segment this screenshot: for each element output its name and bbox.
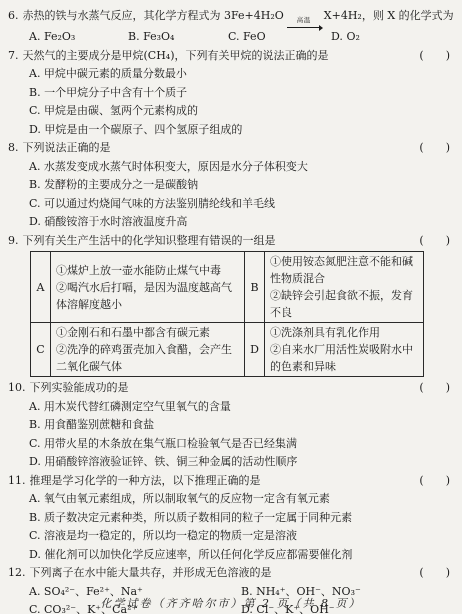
question-6-stem: 6.赤热的铁与水蒸气反应，其化学方程式为 3Fe+4H₂O高温X+4H₂，则 X… [8, 7, 450, 28]
option-d: D. 用硝酸锌溶液验证锌、铁、铜三种金属的活动性顺序 [8, 453, 450, 472]
option-a: A. Fe₂O₃ [29, 28, 128, 47]
table-line: ①洗涤剂具有乳化作用 [270, 324, 418, 341]
question-9: 9.下列有关生产生活中的化学知识整理有错误的一组是 ( ) A ①煤炉上放一壶水… [8, 232, 450, 378]
answer-brackets: ( ) [394, 379, 450, 398]
option-a: A. 氧气由氧元素组成，所以制取氧气的反应物一定含有氧元素 [8, 490, 450, 509]
option-c: C. FeO [228, 28, 331, 47]
question-7-stem: 7.天然气的主要成分是甲烷(CH₄)，下列有关甲烷的说法正确的是 ( ) [8, 47, 450, 66]
answer-brackets: ( ) [394, 472, 450, 491]
option-a: A. 水蒸发变成水蒸气时体积变大，原因是水分子体积变大 [8, 158, 450, 177]
question-number: 7. [8, 49, 19, 62]
table-line: ①使用铵态氮肥注意不能和碱性物质混合 [270, 253, 418, 287]
table-line: ②缺锌会引起食欲不振，发育不良 [270, 287, 418, 321]
reaction-arrow-icon: 高温 [287, 17, 321, 28]
question-6: 6.赤热的铁与水蒸气反应，其化学方程式为 3Fe+4H₂O高温X+4H₂，则 X… [8, 7, 450, 47]
question-12-stem: 12.下列离子在水中能大量共存，并形成无色溶液的是 ( ) [8, 564, 450, 583]
question-number: 8. [8, 141, 19, 154]
option-c: C. 溶液是均一稳定的，所以均一稳定的物质一定是溶液 [8, 527, 450, 546]
table-row: A ①煤炉上放一壶水能防止煤气中毒 ②喝汽水后打嗝，是因为温度越高气体溶解度越小… [31, 252, 424, 323]
knowledge-table: A ①煤炉上放一壶水能防止煤气中毒 ②喝汽水后打嗝，是因为温度越高气体溶解度越小… [30, 251, 424, 377]
question-10: 10.下列实验能成功的是 ( ) A. 用木炭代替红磷测定空气里氧气的含量 B.… [8, 379, 450, 472]
answer-brackets: ( ) [394, 564, 450, 583]
question-stem-text: X+4H₂，则 X 的化学式为 [324, 9, 454, 22]
question-stem-text: 赤热的铁与水蒸气反应，其化学方程式为 3Fe+4H₂O [23, 9, 284, 22]
exam-page: 6.赤热的铁与水蒸气反应，其化学方程式为 3Fe+4H₂O高温X+4H₂，则 X… [0, 0, 462, 614]
question-stem-text: 下列离子在水中能大量共存，并形成无色溶液的是 [30, 566, 272, 579]
question-11: 11.推理是学习化学的一种方法，以下推理正确的是 ( ) A. 氧气由氧元素组成… [8, 472, 450, 565]
question-number: 6. [8, 9, 19, 22]
question-stem-text: 推理是学习化学的一种方法，以下推理正确的是 [30, 474, 261, 487]
question-7: 7.天然气的主要成分是甲烷(CH₄)，下列有关甲烷的说法正确的是 ( ) A. … [8, 47, 450, 140]
option-b: B. 质子数决定元素种类，所以质子数相同的粒子一定属于同种元素 [8, 509, 450, 528]
option-c: C. 甲烷是由碳、氢两个元素构成的 [8, 102, 450, 121]
option-c: C. 可以通过灼烧闻气味的方法鉴别腈纶线和羊毛线 [8, 195, 450, 214]
table-cell-a: ①煤炉上放一壶水能防止煤气中毒 ②喝汽水后打嗝，是因为温度越高气体溶解度越小 [51, 252, 245, 323]
table-line: ②喝汽水后打嗝，是因为温度越高气体溶解度越小 [56, 279, 239, 313]
answer-brackets: ( ) [394, 47, 450, 66]
question-11-stem: 11.推理是学习化学的一种方法，以下推理正确的是 ( ) [8, 472, 450, 491]
question-number: 12. [8, 566, 26, 579]
table-line: ②自来水厂用活性炭吸附水中的色素和异味 [270, 341, 418, 375]
question-stem-text: 天然气的主要成分是甲烷(CH₄)，下列有关甲烷的说法正确的是 [23, 49, 329, 62]
question-8-stem: 8.下列说法正确的是 ( ) [8, 139, 450, 158]
question-number: 10. [8, 381, 26, 394]
answer-brackets: ( ) [454, 7, 462, 26]
table-line: ①金刚石和石墨中都含有碳元素 [56, 324, 239, 341]
option-d: D. 甲烷是由一个碳原子、四个氢原子组成的 [8, 121, 450, 140]
question-stem-text: 下列有关生产生活中的化学知识整理有错误的一组是 [23, 234, 276, 247]
question-stem-text: 下列说法正确的是 [23, 141, 111, 154]
table-line: ①煤炉上放一壶水能防止煤气中毒 [56, 262, 239, 279]
option-a: A. 甲烷中碳元素的质量分数最小 [8, 65, 450, 84]
table-line: ②洗净的碎鸡蛋壳加入食醋，会产生二氧化碳气体 [56, 341, 239, 375]
table-cell-b: ①使用铵态氮肥注意不能和碱性物质混合 ②缺锌会引起食欲不振，发育不良 [265, 252, 424, 323]
option-b: B. Fe₃O₄ [128, 28, 228, 47]
option-letter: B [245, 252, 265, 323]
question-6-options: A. Fe₂O₃ B. Fe₃O₄ C. FeO D. O₂ [8, 28, 450, 47]
question-8: 8.下列说法正确的是 ( ) A. 水蒸发变成水蒸气时体积变大，原因是水分子体积… [8, 139, 450, 232]
option-letter: D [245, 323, 265, 377]
option-b: B. 用食醋鉴别蔗糖和食盐 [8, 416, 450, 435]
question-10-stem: 10.下列实验能成功的是 ( ) [8, 379, 450, 398]
option-a: A. 用木炭代替红磷测定空气里氧气的含量 [8, 398, 450, 417]
question-stem-text: 下列实验能成功的是 [30, 381, 129, 394]
option-c: C. 用带火星的木条放在集气瓶口检验氧气是否已经集满 [8, 435, 450, 454]
table-row: C ①金刚石和石墨中都含有碳元素 ②洗净的碎鸡蛋壳加入食醋，会产生二氧化碳气体 … [31, 323, 424, 377]
option-letter: A [31, 252, 51, 323]
option-d: D. 硝酸铵溶于水时溶液温度升高 [8, 213, 450, 232]
table-cell-d: ①洗涤剂具有乳化作用 ②自来水厂用活性炭吸附水中的色素和异味 [265, 323, 424, 377]
option-b: B. 发酵粉的主要成分之一是碳酸钠 [8, 176, 450, 195]
table-cell-c: ①金刚石和石墨中都含有碳元素 ②洗净的碎鸡蛋壳加入食醋，会产生二氧化碳气体 [51, 323, 245, 377]
option-b: B. 一个甲烷分子中含有十个质子 [8, 84, 450, 103]
question-9-stem: 9.下列有关生产生活中的化学知识整理有错误的一组是 ( ) [8, 232, 450, 251]
option-d: D. O₂ [331, 28, 360, 47]
page-footer: 化学试卷（齐齐哈尔市）第 2 页（共 8 页） [0, 595, 462, 611]
answer-brackets: ( ) [394, 139, 450, 158]
answer-brackets: ( ) [394, 232, 450, 251]
question-number: 11. [8, 474, 26, 487]
question-number: 9. [8, 234, 19, 247]
option-d: D. 催化剂可以加快化学反应速率，所以任何化学反应都需要催化剂 [8, 546, 450, 565]
option-letter: C [31, 323, 51, 377]
